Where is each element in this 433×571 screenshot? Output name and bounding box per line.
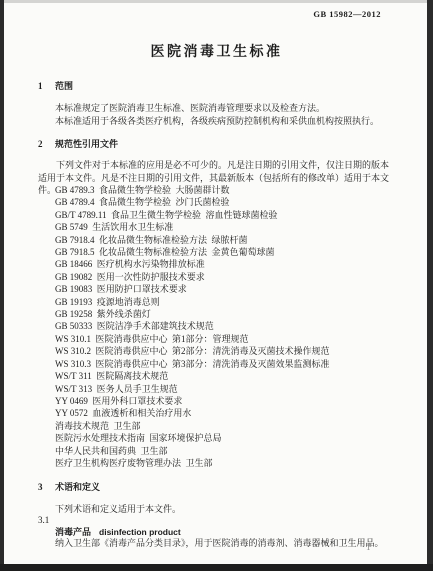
reference-item: GB/T 4789.11 食品卫生微生物学检验 溶血性链球菌检验 (55, 209, 391, 221)
reference-item: GB 5749 生活饮用水卫生标准 (55, 221, 391, 233)
section-number: 1 (38, 80, 55, 93)
reference-item: GB 7918.5 化妆品微生物标准检验方法 金黄色葡萄球菌 (55, 246, 391, 258)
reference-item: 医院污水处理技术指南 国家环境保护总局 (55, 432, 391, 444)
term-name: 消毒产品 (55, 527, 91, 537)
term-name-en: disinfection product (99, 527, 181, 537)
scope-paragraph-1: 本标准规定了医院消毒卫生标准、医院消毒管理要求以及检查方法。 (55, 102, 391, 115)
reference-item: GB 19193 疫源地消毒总则 (55, 296, 391, 308)
reference-item: WS/T 311 医院隔离技术规范 (55, 370, 391, 382)
reference-item: 消毒技术规范 卫生部 (55, 420, 391, 432)
reference-item: GB 4789.4 食品微生物学检验 沙门氏菌检验 (55, 196, 391, 208)
reference-item: 医疗卫生机构医疗废物管理办法 卫生部 (55, 457, 391, 469)
reference-item: GB 19258 紫外线杀菌灯 (55, 308, 391, 320)
section-2-heading: 2规范性引用文件 (38, 138, 391, 151)
section-title: 范围 (55, 81, 73, 91)
reference-item: YY 0469 医用外科口罩技术要求 (55, 395, 391, 407)
term-number: 3.1 (38, 514, 391, 527)
term-definition: 纳入卫生部《消毒产品分类目录》，用于医院消毒的消毒剂、消毒器械和卫生用品。 (55, 537, 391, 550)
scan-border-top (0, 0, 433, 3)
scan-border-right (427, 0, 433, 571)
document-title: 医院消毒卫生标准 (0, 41, 433, 61)
page-number: 1 (366, 542, 371, 552)
section-number: 3 (38, 481, 55, 494)
reference-item: GB 4789.3 食品微生物学检验 大肠菌群计数 (55, 184, 391, 196)
section-1-heading: 1范围 (38, 80, 391, 93)
section-3-heading: 3术语和定义 (38, 481, 391, 494)
reference-item: GB 18466 医疗机构水污染物排放标准 (55, 258, 391, 270)
standard-code: GB 15982—2012 (313, 9, 381, 19)
section-title: 术语和定义 (55, 482, 100, 492)
references-list: GB 4789.3 食品微生物学检验 大肠菌群计数 GB 4789.4 食品微生… (55, 184, 391, 469)
reference-item: WS 310.3 医院消毒供应中心 第3部分：清洗消毒及灭菌效果监测标准 (55, 358, 391, 370)
reference-item: WS 310.1 医院消毒供应中心 第1部分：管理规范 (55, 333, 391, 345)
reference-item: GB 19083 医用防护口罩技术要求 (55, 283, 391, 295)
reference-item: 中华人民共和国药典 卫生部 (55, 445, 391, 457)
scope-paragraph-2: 本标准适用于各级各类医疗机构，各级疾病预防控制机构和采供血机构按照执行。 (55, 115, 391, 128)
document-page: GB 15982—2012 医院消毒卫生标准 1范围 本标准规定了医院消毒卫生标… (0, 0, 433, 571)
scan-border-left (0, 0, 4, 571)
reference-item: WS 310.2 医院消毒供应中心 第2部分：清洗消毒及灭菌技术操作规范 (55, 345, 391, 357)
reference-item: GB 19082 医用一次性防护服技术要求 (55, 271, 391, 283)
scan-border-bottom (0, 564, 433, 571)
reference-item: GB 7918.4 化妆品微生物标准检验方法 绿脓杆菌 (55, 234, 391, 246)
section-number: 2 (38, 138, 55, 151)
reference-item: YY 0572 血液透析和相关治疗用水 (55, 407, 391, 419)
reference-item: GB 50333 医院洁净手术部建筑技术规范 (55, 320, 391, 332)
section-title: 规范性引用文件 (55, 139, 118, 149)
reference-item: WS/T 313 医务人员手卫生规范 (55, 383, 391, 395)
